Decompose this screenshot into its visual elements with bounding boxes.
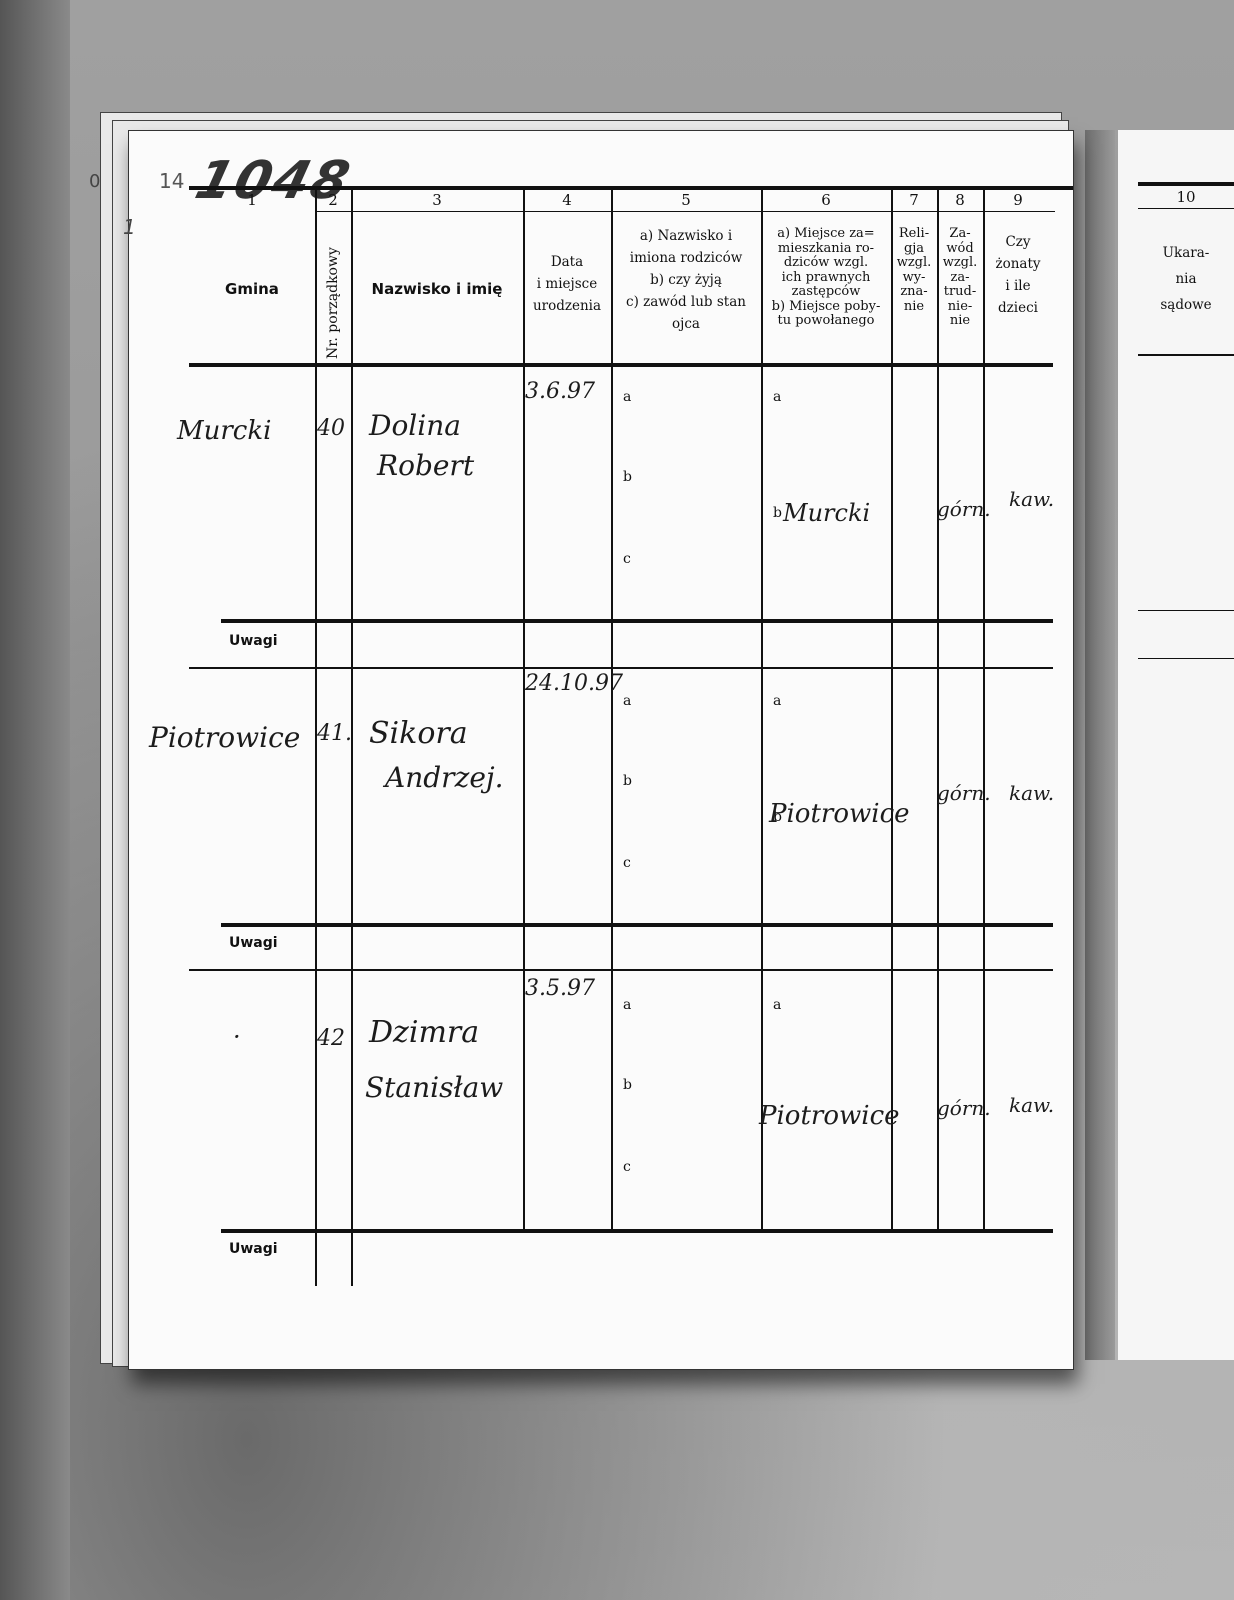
header-miejsce-zamieszkania: a) Miejsce za= mieszkania ro- dziców wzg…	[761, 227, 891, 329]
record-3-residence: Piotrowice	[759, 1101, 900, 1131]
column-number-5: 5	[611, 191, 761, 209]
header-zawod: Za- wód wzgl. za- trud- nie- nie	[937, 227, 983, 329]
uwagi-label-3: Uwagi	[229, 1241, 278, 1257]
book-spine	[1085, 130, 1115, 1360]
record-2-surname: Sikora	[369, 716, 468, 751]
record-1-marital: kaw.	[1009, 487, 1054, 511]
record-1-gmina: Murcki	[177, 416, 271, 446]
header-col10: Ukara- nia sądowe	[1138, 240, 1234, 318]
label-a: a	[773, 997, 781, 1013]
record-2-nr: 41.	[317, 721, 352, 746]
label-a: a	[773, 693, 781, 709]
header-religia: Reli- gja wzgl. wy- zna- nie	[891, 227, 937, 314]
record-1-birth-date: 3.6.97	[525, 379, 595, 404]
record-3-nr: 42	[317, 1026, 345, 1051]
column-number-2: 2	[315, 191, 351, 209]
record-2-given-name: Andrzej.	[385, 761, 503, 794]
label-b: b	[773, 505, 782, 521]
record-1-residence: Murcki	[783, 499, 870, 527]
margin-digit-side: 1	[123, 215, 136, 239]
uwagi-label-2: Uwagi	[229, 935, 278, 951]
record-2-birth-date: 24.10.97	[525, 671, 623, 696]
column-number-7: 7	[891, 191, 937, 209]
label-a: a	[623, 997, 631, 1013]
record-2-marital: kaw.	[1009, 781, 1054, 805]
pencil-page-number: 14	[159, 169, 184, 193]
label-a: a	[623, 389, 631, 405]
record-3-birth-date: 3.5.97	[525, 976, 595, 1001]
label-b: b	[623, 1077, 632, 1093]
record-3-given-name: Stanisław	[365, 1071, 503, 1104]
label-b: b	[623, 469, 632, 485]
label-c: c	[623, 551, 631, 567]
column-number-1: 1	[189, 191, 315, 209]
label-c: c	[623, 855, 631, 871]
header-nr-porzadkowy: Nr. porządkowy	[325, 247, 341, 359]
record-1-given-name: Robert	[377, 449, 474, 482]
column-number-4: 4	[523, 191, 611, 209]
record-1-nr: 40	[317, 416, 345, 441]
label-c: c	[623, 1159, 631, 1175]
column-number-10: 10	[1138, 188, 1234, 206]
header-nazwisko-imie: Nazwisko i imię	[351, 281, 523, 298]
record-2-gmina: Piotrowice	[149, 721, 300, 754]
uwagi-label-1: Uwagi	[229, 633, 278, 649]
scan-background-shadow	[0, 0, 70, 1600]
record-3-surname: Dzimra	[369, 1015, 479, 1050]
record-1-surname: Dolina	[369, 409, 461, 442]
record-1-occupation: górn.	[937, 497, 991, 521]
header-gmina: Gmina	[189, 281, 315, 298]
facing-page: 10 Ukara- nia sądowe	[1118, 130, 1234, 1360]
record-3-occupation: górn.	[937, 1096, 991, 1120]
record-3-marital: kaw.	[1009, 1093, 1054, 1117]
margin-digit: 0	[89, 171, 100, 192]
column-number-9: 9	[983, 191, 1053, 209]
header-zonaty: Czy żonaty i ile dzieci	[983, 231, 1053, 319]
form-page: 0 1 14 1048 1 2 3 4 5 6 7 8 9 Gmina Nr. …	[128, 130, 1074, 1370]
record-2-residence: Piotrowice	[769, 799, 910, 829]
record-3-gmina: ·	[233, 1023, 241, 1051]
column-number-8: 8	[937, 191, 983, 209]
column-number-3: 3	[351, 191, 523, 209]
label-a: a	[623, 693, 631, 709]
column-number-6: 6	[761, 191, 891, 209]
header-data-urodzenia: Data i miejsce urodzenia	[523, 251, 611, 317]
label-a: a	[773, 389, 781, 405]
header-rodzice: a) Nazwisko i imiona rodziców b) czy żyj…	[611, 225, 761, 335]
label-b: b	[623, 773, 632, 789]
record-2-occupation: górn.	[937, 781, 991, 805]
